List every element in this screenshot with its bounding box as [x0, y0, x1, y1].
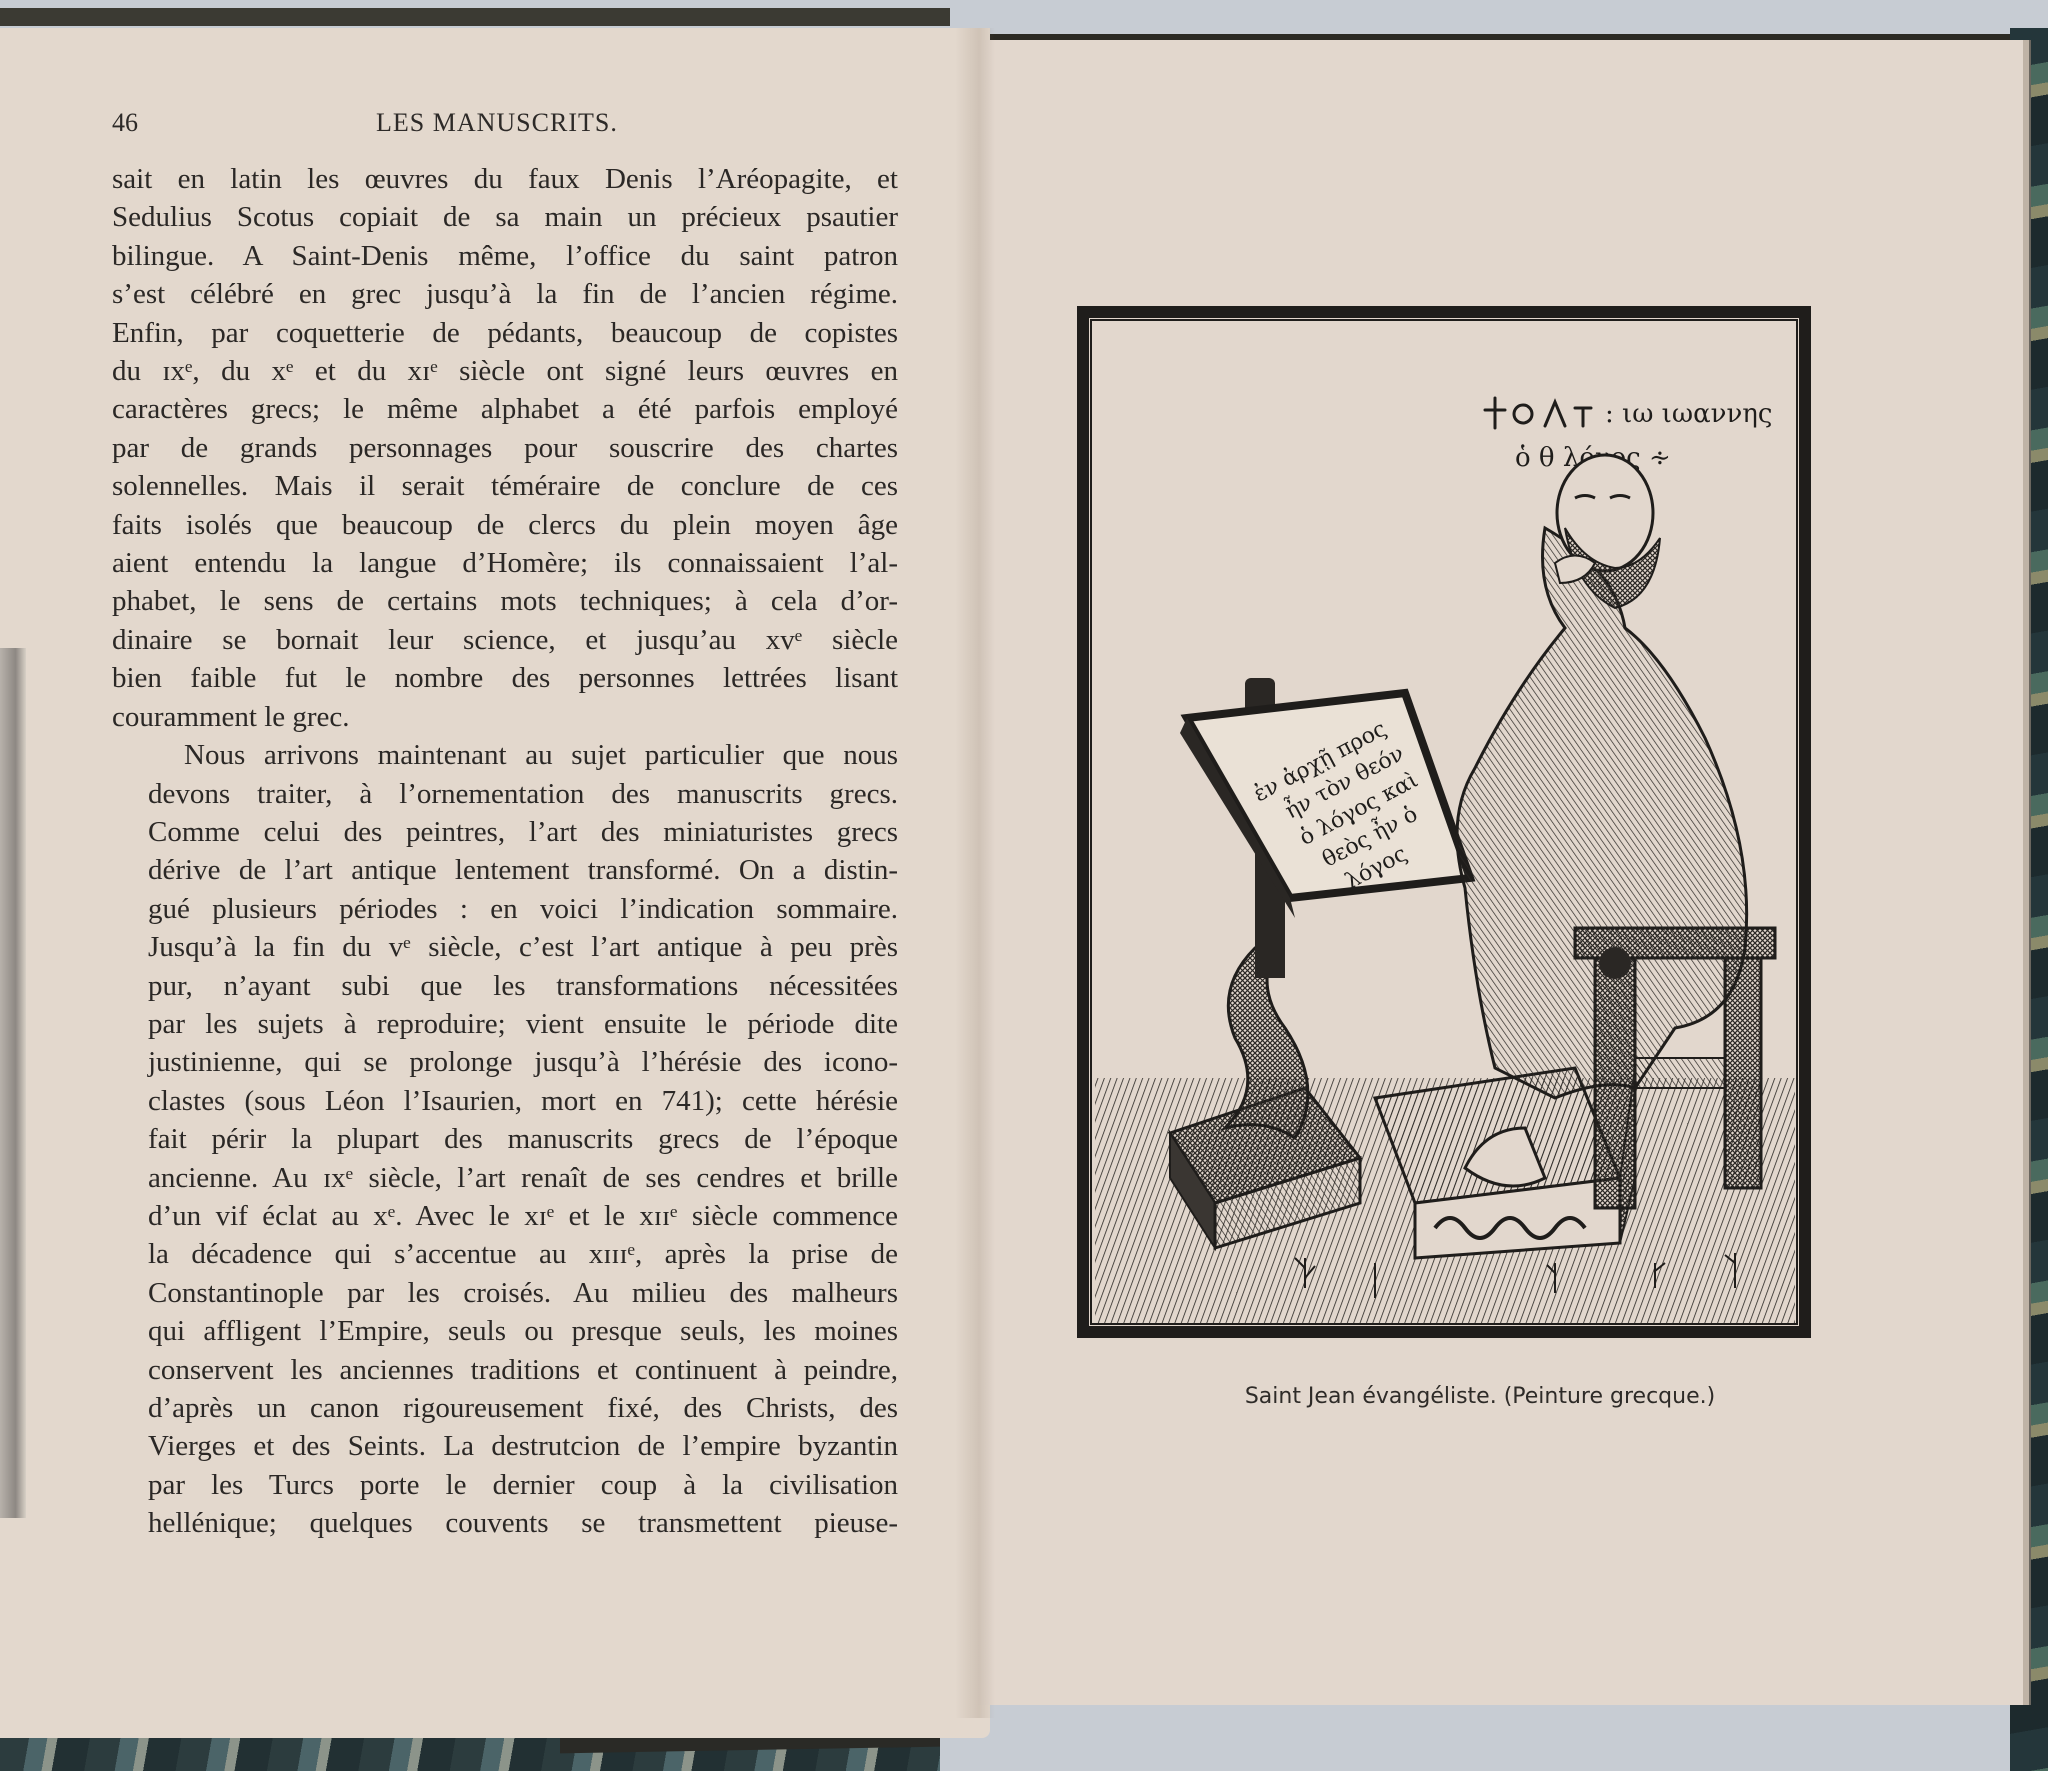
text-line: qui affligent l’Empire, seuls ou presque… — [112, 1312, 898, 1350]
text-line: Sedulius Scotus copiait de sa main un pr… — [112, 198, 898, 236]
paragraph-1: sait en latin les œuvres du faux Denis l… — [112, 160, 898, 736]
svg-text:: ιω ιωαννης: : ιω ιωαννης — [1605, 399, 1772, 429]
page-number: 46 — [112, 108, 138, 138]
text-line: sait en latin les œuvres du faux Denis l… — [112, 160, 898, 198]
text-line: caractères grecs; le même alphabet a été… — [112, 390, 898, 428]
page-title: LES MANUSCRITS. — [376, 108, 618, 138]
page-edge-shadow — [0, 648, 26, 1518]
text-line: du ɪxᵉ, du xᵉ et du xɪᵉ siècle ont signé… — [112, 352, 898, 390]
text-line: par les Turcs porte le dernier coup à la… — [112, 1466, 898, 1504]
book-gutter — [955, 28, 995, 1718]
running-head: 46 LES MANUSCRITS. — [112, 108, 902, 148]
text-line: Jusqu’à la fin du vᵉ siècle, c’est l’art… — [112, 928, 898, 966]
text-line: par de grands personnages pour souscrire… — [112, 429, 898, 467]
text-line: aient entendu la langue d’Homère; ils co… — [112, 544, 898, 582]
text-line: pur, n’ayant subi que les transformation… — [112, 967, 898, 1005]
text-line: gué plusieurs périodes : en voici l’indi… — [112, 890, 898, 928]
text-line: bien faible fut le nombre des personnes … — [112, 659, 898, 697]
text-line: Comme celui des peintres, l’art des mini… — [112, 813, 898, 851]
text-line: dinaire se bornait leur science, et jusq… — [112, 621, 898, 659]
text-line: devons traiter, à l’ornementation des ma… — [112, 775, 898, 813]
text-line: Vierges et des Seints. La destrutcion de… — [112, 1427, 898, 1465]
text-line: dérive de l’art antique lentement transf… — [112, 851, 898, 889]
text-line: la décadence qui s’accentue au xɪɪɪᵉ, ap… — [112, 1235, 898, 1273]
text-line: Constantinople par les croisés. Au milie… — [112, 1274, 898, 1312]
body-text: sait en latin les œuvres du faux Denis l… — [112, 160, 898, 1543]
paragraph-2: Nous arrivons maintenant au sujet partic… — [112, 736, 898, 1543]
text-line: d’un vif éclat au xᵉ. Avec le xɪᵉ et le … — [112, 1197, 898, 1235]
text-line: bilingue. A Saint-Denis même, l’office d… — [112, 237, 898, 275]
text-line: clastes (sous Léon l’Isaurien, mort en 7… — [112, 1082, 898, 1120]
text-line: Nous arrivons maintenant au sujet partic… — [112, 736, 898, 774]
text-line: couramment le grec. — [112, 698, 898, 736]
text-line: s’est célébré en grec jusqu’à la fin de … — [112, 275, 898, 313]
text-line: justinienne, qui se prolonge jusqu’à l’h… — [112, 1043, 898, 1081]
saint-john-engraving: : ιω ιωαννης ὁ θ λόγος ∻ ἐν ἀρχῇ προς ἦν… — [1075, 298, 1815, 1340]
text-line: ancienne. Au ɪxᵉ siècle, l’art renaît de… — [112, 1159, 898, 1197]
text-line: d’après un canon rigoureusement fixé, de… — [112, 1389, 898, 1427]
text-line: conservent les anciennes traditions et c… — [112, 1351, 898, 1389]
book-cover-top-edge — [0, 0, 950, 28]
text-line: fait périr la plupart des manuscrits gre… — [112, 1120, 898, 1158]
text-line: faits isolés que beaucoup de clercs du p… — [112, 506, 898, 544]
text-line: solennelles. Mais il serait téméraire de… — [112, 467, 898, 505]
text-line: par les sujets à reproduire; vient ensui… — [112, 1005, 898, 1043]
text-line: phabet, le sens de certains mots techniq… — [112, 582, 898, 620]
illustration-caption: Saint Jean évangéliste. (Peinture grecqu… — [1160, 1384, 1800, 1409]
text-line: hellénique; quelques couvents se transme… — [112, 1504, 898, 1542]
text-line: Enfin, par coquetterie de pédants, beauc… — [112, 314, 898, 352]
